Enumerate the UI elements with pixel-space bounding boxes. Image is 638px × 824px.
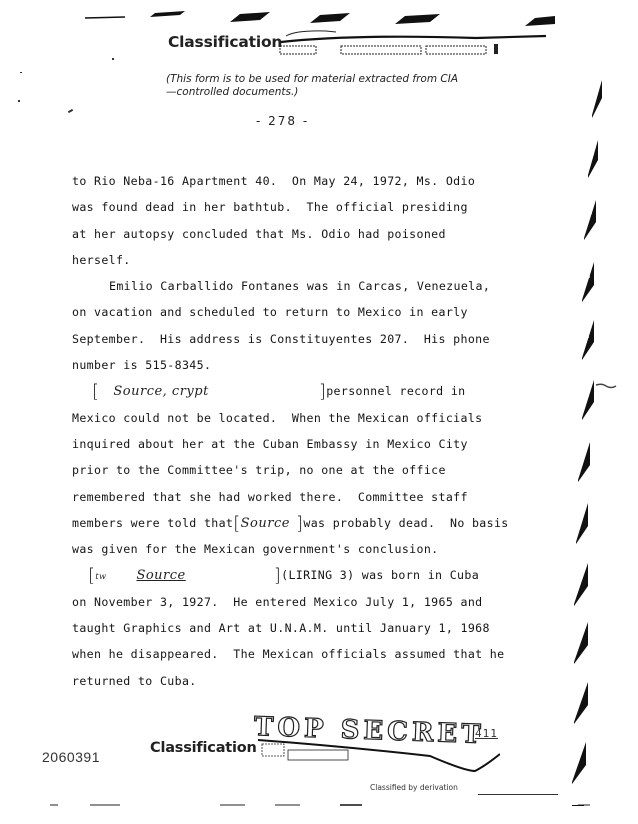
- text-line: inquired about her at the Cuban Embassy …: [72, 431, 542, 457]
- text-line: Emilio Carballido Fontanes was in Carcas…: [72, 273, 542, 299]
- stray-mark: [18, 100, 20, 102]
- footer-rule-marks: [50, 800, 590, 810]
- classification-header-stamp: [276, 14, 566, 60]
- text-line: on November 3, 1927. He entered Mexico J…: [72, 589, 542, 615]
- stamp-strikethrough: [200, 716, 500, 786]
- text-line: was given for the Mexican government's c…: [72, 536, 542, 562]
- text-fragment: members were told that: [72, 516, 233, 530]
- form-usage-note: (This form is to be used for material ex…: [166, 73, 466, 99]
- document-id: 2060391: [42, 749, 100, 765]
- handwritten-annotation: Source: [241, 516, 290, 531]
- classified-by-label: Classified by derivation: [370, 783, 458, 792]
- page-number: - 278 -: [256, 114, 309, 128]
- text-line: when he disappeared. The Mexican officia…: [72, 641, 542, 667]
- text-line: to Rio Neba-16 Apartment 40. On May 24, …: [72, 168, 542, 194]
- text-line: remembered that she had worked there. Co…: [72, 484, 542, 510]
- redacted-line-1: [Source, crypt]personnel record in: [72, 378, 542, 404]
- text-line: on vacation and scheduled to return to M…: [72, 299, 542, 325]
- text-line: taught Graphics and Art at U.N.A.M. unti…: [72, 615, 542, 641]
- stray-mark: [68, 109, 73, 113]
- redaction-bracket-open: [: [233, 513, 240, 534]
- text-line: September. His address is Constituyentes…: [72, 326, 542, 352]
- text-fragment: (LIRING 3) was born in Cuba: [281, 568, 479, 582]
- classified-by-underline: [478, 794, 558, 795]
- classification-label-header: Classification: [168, 33, 282, 51]
- handwritten-annotation: Source, crypt: [113, 384, 208, 399]
- handwritten-annotation-small: tw: [95, 572, 106, 581]
- text-line: at her autopsy concluded that Ms. Odio h…: [72, 221, 542, 247]
- text-fragment: personnel record in: [326, 384, 465, 398]
- redaction-bracket-close: ]: [274, 565, 281, 586]
- redaction-bracket-close: ]: [290, 513, 303, 534]
- redacted-line-3: [twSource](LIRING 3) was born in Cuba: [72, 562, 542, 588]
- text-line: number is 515-8345.: [72, 352, 542, 378]
- redacted-line-2: members were told that[Source ]was proba…: [72, 510, 542, 536]
- stray-mark: [20, 72, 22, 73]
- text-line: prior to the Committee's trip, no one at…: [72, 457, 542, 483]
- handwritten-annotation: Source: [136, 568, 185, 583]
- document-body: to Rio Neba-16 Apartment 40. On May 24, …: [72, 168, 542, 694]
- document-page: Classification (This form is to be used …: [0, 0, 638, 824]
- text-fragment: was probably dead. No basis: [303, 516, 508, 530]
- margin-punch-marks: [570, 0, 638, 824]
- text-line: returned to Cuba.: [72, 668, 542, 694]
- text-line: was found dead in her bathtub. The offic…: [72, 194, 542, 220]
- footer-code: 411: [475, 727, 498, 740]
- text-line: Mexico could not be located. When the Me…: [72, 405, 542, 431]
- stray-mark: [112, 58, 114, 60]
- text-line: herself.: [72, 247, 542, 273]
- redaction-bracket-open: [: [92, 381, 99, 402]
